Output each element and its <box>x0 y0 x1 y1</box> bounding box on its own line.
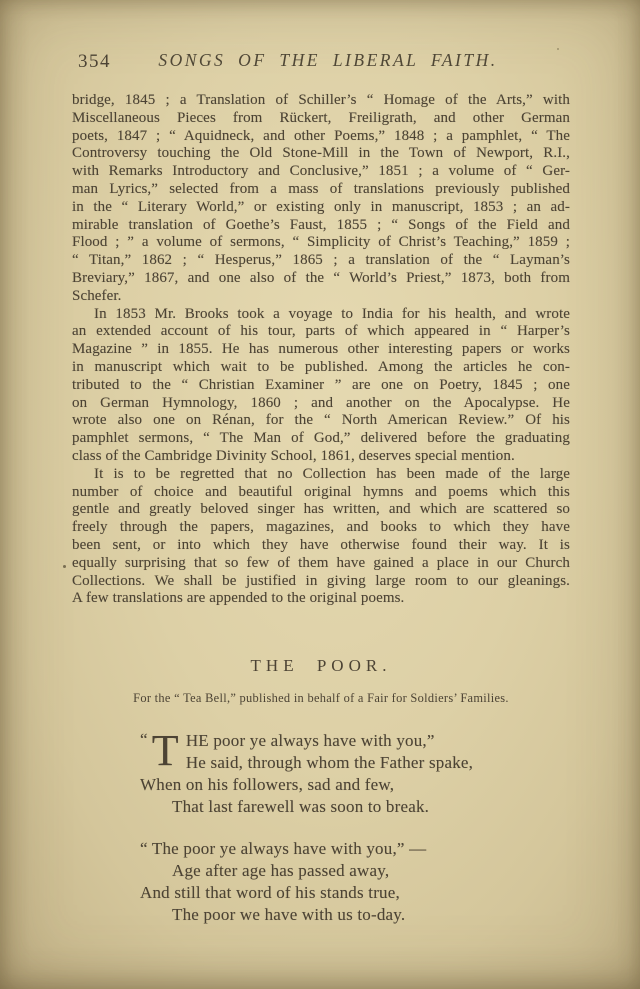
poem-line: He said, through whom the Father spake, <box>140 752 570 774</box>
biography-text: bridge, 1845 ; a Translation of Schiller… <box>72 92 570 608</box>
text-line: pamphlet sermons, “ The Man of God,” del… <box>72 430 570 448</box>
text-line: with Remarks Introductory and Conclusive… <box>72 163 570 181</box>
text-line: Schefer. <box>72 288 570 306</box>
text-line: on German Hymnology, 1860 ; and another … <box>72 395 570 413</box>
poem-line: That last farewell was soon to break. <box>140 796 570 818</box>
text-line: Controversy touching the Old Stone-Mill … <box>72 145 570 163</box>
text-line: class of the Cambridge Divinity School, … <box>72 448 570 466</box>
book-page: 354 SONGS OF THE LIBERAL FAITH. bridge, … <box>0 0 640 989</box>
poem-line: “ The poor ye always have with you,” — <box>140 838 570 860</box>
poem-line: “THE poor ye always have with you,” <box>140 730 570 752</box>
poem-line-text: HE poor ye always have with you,” <box>186 731 435 750</box>
poem-line: The poor we have with us to-day. <box>140 904 570 926</box>
text-line: “ Titan,” 1862 ; “ Hesperus,” 1865 ; a t… <box>72 252 570 270</box>
text-line: mirable translation of Goethe’s Faust, 1… <box>72 217 570 235</box>
text-line: tributed to the “ Christian Examiner ” a… <box>72 377 570 395</box>
text-line: been sent, or into which they have other… <box>72 537 570 555</box>
text-line: Breviary,” 1867, and one also of the “ W… <box>72 270 570 288</box>
ink-speck <box>202 117 204 119</box>
text-line: freely through the papers, magazines, an… <box>72 519 570 537</box>
poem-dedication: For the “ Tea Bell,” published in behalf… <box>72 691 570 706</box>
text-line: Miscellaneous Pieces from Rückert, Freil… <box>72 110 570 128</box>
drop-cap-letter: T <box>152 726 179 775</box>
text-line: in manuscript which wait to be published… <box>72 359 570 377</box>
drop-cap: “T <box>140 731 179 774</box>
poem-stanza: “ The poor ye always have with you,” —Ag… <box>140 838 570 926</box>
poem: “THE poor ye always have with you,”He sa… <box>140 730 570 926</box>
text-line: Magazine ” in 1855. He has numerous othe… <box>72 341 570 359</box>
text-line: equally surprising that so few of them h… <box>72 555 570 573</box>
text-line: in the “ Literary World,” or existing on… <box>72 199 570 217</box>
text-line: man Lyrics,” selected from a mass of tra… <box>72 181 570 199</box>
text-line: number of choice and beautiful original … <box>72 484 570 502</box>
text-line: gentle and greatly beloved singer has wr… <box>72 501 570 519</box>
page-number: 354 <box>78 51 111 73</box>
text-line: bridge, 1845 ; a Translation of Schiller… <box>72 92 570 110</box>
text-line: It is to be regretted that no Collection… <box>72 466 570 484</box>
running-title: SONGS OF THE LIBERAL FAITH. <box>72 50 570 71</box>
text-line: an extended account of his tour, parts o… <box>72 323 570 341</box>
open-quote: “ <box>140 730 148 749</box>
text-line: poets, 1847 ; “ Aquidneck, and other Poe… <box>72 128 570 146</box>
poem-line: And still that word of his stands true, <box>140 882 570 904</box>
text-line: A few translations are appended to the o… <box>72 590 570 608</box>
ink-speck <box>557 48 559 50</box>
text-line: Flood ; ” a volume of sermons, “ Simplic… <box>72 234 570 252</box>
text-line: In 1853 Mr. Brooks took a voyage to Indi… <box>72 306 570 324</box>
page-header: 354 SONGS OF THE LIBERAL FAITH. <box>72 50 570 76</box>
text-line: wrote also one on Rénan, for the “ North… <box>72 412 570 430</box>
paragraph: It is to be regretted that no Collection… <box>72 466 570 608</box>
poem-line: When on his followers, sad and few, <box>140 774 570 796</box>
poem-title: THE POOR. <box>72 656 570 676</box>
paragraph: bridge, 1845 ; a Translation of Schiller… <box>72 92 570 306</box>
ink-speck <box>63 565 66 568</box>
paragraph: In 1853 Mr. Brooks took a voyage to Indi… <box>72 306 570 466</box>
poem-line: Age after age has passed away, <box>140 860 570 882</box>
poem-stanza: “THE poor ye always have with you,”He sa… <box>140 730 570 818</box>
text-line: Collections. We shall be justified in gi… <box>72 573 570 591</box>
